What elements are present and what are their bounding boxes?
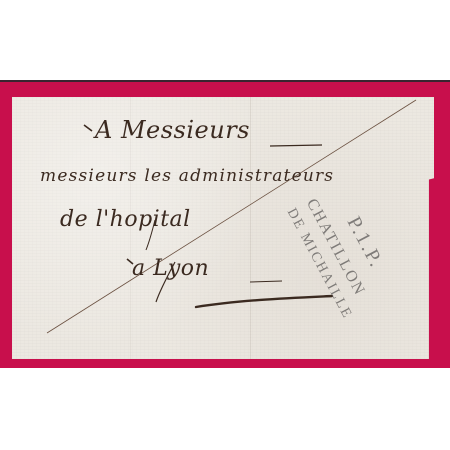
address-line-4: a Lyon — [132, 256, 209, 281]
handwriting-layer: A Messieurs messieurs les administrateur… — [0, 0, 450, 450]
address-line-3: de l'hopital — [60, 207, 191, 232]
address-line-2: messieurs les administrateurs — [40, 166, 334, 186]
address-line-1: A Messieurs — [95, 116, 250, 144]
